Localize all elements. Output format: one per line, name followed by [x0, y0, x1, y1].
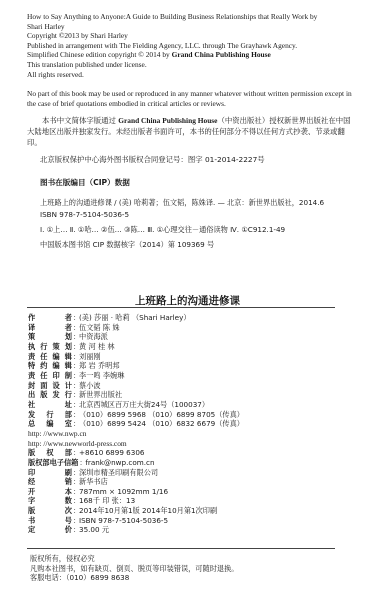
rights-reserved-line: All rights reserved.: [27, 70, 357, 80]
copyright-page: How to Say Anything to Anyone:A Guide to…: [0, 0, 375, 594]
credit-row-editor: 责任编辑：刘丽刚: [28, 352, 244, 362]
website-link-newworld-press[interactable]: http: //www.newworld-press.com: [28, 439, 244, 449]
copyright-email-row: 版权部电子信箱：frank@nwp.com.cn: [28, 458, 244, 468]
print-row-distributor: 经销：新华书店: [28, 477, 244, 487]
credit-row-printing-supervisor: 责任印制：李一鸣 李婉琳: [28, 371, 244, 381]
copyright-dept-row: 版权部：+8610 6899 6306: [28, 448, 244, 458]
no-reproduction-notice: No part of this book may be used or repr…: [27, 89, 357, 108]
credit-row-distribution-dept: 发行部：（010）6899 5968 （010）6899 8705（传真）: [28, 410, 244, 420]
cip-classification: Ⅰ. ①上… Ⅱ. ①哈… ②伍… ③陈… Ⅲ. ①心理交往－通俗读物 Ⅳ. ①…: [40, 225, 285, 235]
copyright-email-link[interactable]: frank@nwp.com.cn: [85, 458, 154, 468]
credit-row-planning: 策划：中资海派: [28, 332, 244, 342]
cip-heading: 图书在版编目（CIP）数据: [40, 177, 130, 188]
arrangement-line: Published in arrangement with The Fieldi…: [27, 41, 357, 51]
credit-row-exec-planning: 执行策划：黄 河 桂 林: [28, 342, 244, 352]
credit-row-address: 社址：北京西城区百万庄大街24号（100037）: [28, 400, 244, 410]
copyright-line: Copyright ©2013 by Shari Harley: [27, 31, 357, 41]
credit-row-editorial-office: 总编室：（010）6899 5424 （010）6832 6679（传真）: [28, 419, 244, 429]
cip-entry: 上班路上的沟通进修课 / (美) 哈莉著；伍文韬，陈姝译. — 北京：新世界出版…: [40, 198, 324, 208]
license-line: This translation published under license…: [27, 60, 357, 70]
publisher-name-cn: Grand China Publishing House: [118, 116, 217, 125]
book-title: 上班路上的沟通进修课: [0, 293, 375, 308]
english-copyright-block: How to Say Anything to Anyone:A Guide to…: [27, 12, 357, 79]
print-row-edition: 版次：2014年10月第1版 2014年10月第1次印刷: [28, 506, 244, 516]
credit-row-translator: 译者：伍文韬 陈 姝: [28, 323, 244, 333]
all-rights-notice: 版权所有，侵权必究: [30, 554, 238, 564]
registration-number: 北京版权保护中心海外图书版权合同登记号：图字 01-2014-2227号: [40, 154, 265, 165]
return-policy-notice: 凡购本社图书，如有缺页、倒页、脱页等印装错误，可随时退换。: [30, 564, 238, 574]
bottom-divider: [27, 548, 335, 549]
print-row-word-count: 字数：168千 印 张：13: [28, 496, 244, 506]
footer-notice: 版权所有，侵权必究 凡购本社图书，如有缺页、倒页、脱页等印装错误，可随时退换。 …: [30, 554, 238, 583]
publisher-name: Grand China Publishing House: [172, 50, 271, 59]
original-title-line: How to Say Anything to Anyone:A Guide to…: [27, 12, 357, 22]
credit-row-author: 作者：(美) 莎丽 · 哈莉 （Shari Harley）: [28, 313, 244, 323]
cip-verification: 中国版本图书馆 CIP 数据核字（2014）第 109369 号: [40, 240, 214, 250]
website-link-nwp[interactable]: http: //www.nwp.cn: [28, 429, 244, 439]
cip-isbn: ISBN 978-7-5104-5036-5: [40, 210, 129, 219]
author-line: Shari Harley: [27, 22, 357, 32]
print-row-format: 开本：787mm × 1092mm 1/16: [28, 487, 244, 497]
print-row-printer: 印刷：深圳市精圣印刷有限公司: [28, 468, 244, 478]
credit-row-publisher: 出版发行：新世界出版社: [28, 390, 244, 400]
chinese-license-notice: 本书中文简体字版通过 Grand China Publishing House（…: [27, 116, 357, 148]
top-divider: [27, 307, 335, 308]
customer-service-phone: 客服电话：（010）6899 8638: [30, 573, 238, 583]
print-row-isbn: 书号：ISBN 978-7-5104-5036-5: [28, 516, 244, 526]
print-row-price: 定价：35.00 元: [28, 525, 244, 535]
credit-row-special-editor: 特约编辑：郑 岩 乔明邦: [28, 361, 244, 371]
simplified-edition-line: Simplified Chinese edition copyright © 2…: [27, 50, 357, 60]
credits-block: 作者：(美) 莎丽 · 哈莉 （Shari Harley） 译者：伍文韬 陈 姝…: [28, 313, 244, 535]
credit-row-cover-design: 封面设计：蔡小波: [28, 381, 244, 391]
